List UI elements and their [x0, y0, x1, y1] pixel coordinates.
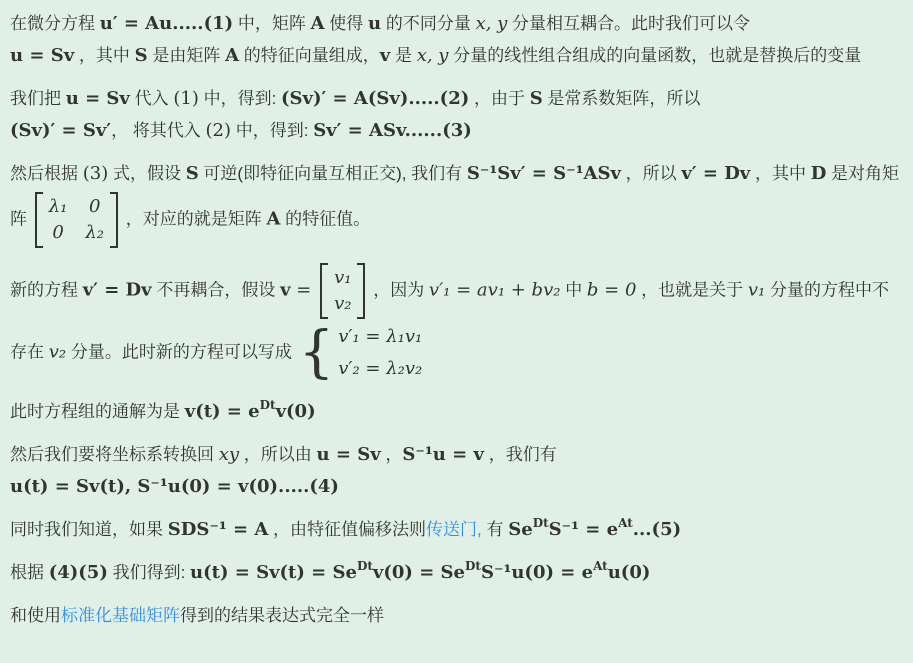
math-run: (3) [83, 163, 109, 184]
matrix-cell: v₂ [334, 292, 351, 316]
text-run: ，所以 [621, 164, 681, 183]
paragraph-3: 然后根据 (3) 式，假设 S 可逆(即特征向量互相正交), 我们有 S⁻¹Sv… [10, 158, 903, 250]
text-run: 我们把 [10, 89, 66, 108]
equation-line: v′₂ = λ₂v₂ [338, 356, 422, 382]
text-run: ，我们有 [484, 445, 557, 464]
text-run: 分量相互耦合。此时我们可以令 [507, 14, 750, 33]
math-run: v′ = Dv [681, 163, 750, 184]
text-run: 中，矩阵 [233, 14, 310, 33]
text-run: ， 将其代入 [111, 121, 205, 140]
matrix-cell: v₁ [334, 266, 351, 290]
math-run: (1) [173, 88, 199, 109]
paragraph-6: 然后我们要将坐标系转换回 xy ，所以由 u = Sv ，S⁻¹u = v ，我… [10, 439, 903, 503]
text-run: 然后我们要将坐标系转换回 [10, 445, 219, 464]
math-run: (2) [206, 120, 232, 141]
matrix-right-bracket-icon [357, 263, 365, 319]
math-run: v′ = Dv [83, 279, 152, 300]
matrix-right-bracket-icon [110, 192, 118, 248]
matrix-cell: 0 [49, 221, 68, 245]
text-run: 然后根据 [10, 164, 83, 183]
math-run: v(0) = SeDt [373, 562, 481, 583]
math-run: u = Sv [10, 45, 74, 66]
math-run: S [530, 88, 543, 109]
paragraph-5: 此时方程组的通解为是 v(t) = eDtv(0) [10, 396, 903, 428]
math-run: SeDt [508, 519, 548, 540]
text-run: ，对应的就是矩阵 [121, 209, 266, 228]
math-run: v₂ [49, 341, 66, 362]
matrix: λ₁00λ₂ [35, 192, 118, 248]
math-run: (4)(5) [49, 562, 108, 583]
math-run: v(0) [276, 401, 316, 422]
text-run: 的不同分量 [381, 14, 475, 33]
text-run: 有 [482, 520, 508, 539]
text-run: 是 [390, 46, 416, 65]
text-run: ，所以由 [239, 445, 316, 464]
equation-lines: v′₁ = λ₁v₁v′₂ = λ₂v₂ [338, 324, 422, 382]
text-run: ，因为 [368, 280, 428, 299]
math-run: S⁻¹ = eAt [549, 519, 633, 540]
matrix-left-bracket-icon [320, 263, 328, 319]
text-run: 分量。此时新的方程可以写成 [66, 342, 296, 361]
math-run: x, y [476, 13, 508, 34]
math-run: S [135, 45, 148, 66]
text-run: 分量的线性组合组成的向量函数，也就是替换后的变量 [448, 46, 861, 65]
math-run: b = 0 [587, 279, 637, 300]
text-run: 同时我们知道，如果 [10, 520, 168, 539]
math-run: u = Sv [317, 444, 381, 465]
superscript: Dt [260, 398, 276, 412]
matrix: v₁v₂ [320, 263, 365, 319]
math-run: u′ = Au.....(1) [100, 13, 233, 34]
math-run: S⁻¹u(0) = eAt [481, 562, 608, 583]
math-run: ...(5) [633, 519, 681, 540]
math-run: A [225, 45, 239, 66]
text-run: ，其中 [74, 46, 134, 65]
text-run: ，也就是关于 [636, 280, 747, 299]
math-run: v₁ [748, 279, 765, 300]
text-run: 式，假设 [108, 164, 185, 183]
paragraph-8: 根据 (4)(5) 我们得到: u(t) = Sv(t) = SeDtv(0) … [10, 557, 903, 589]
math-run: D [811, 163, 827, 184]
text-run: 根据 [10, 563, 49, 582]
math-run: (Sv)′ = Sv′ [10, 120, 111, 141]
text-run: 是常系数矩阵，所以 [543, 89, 701, 108]
math-run: u(0) [608, 562, 651, 583]
matrix-left-bracket-icon [35, 192, 43, 248]
math-run: v [380, 45, 390, 66]
inline-link[interactable]: 标准化基础矩阵 [61, 606, 180, 625]
inline-link[interactable]: 传送门, [426, 520, 482, 539]
superscript: Dt [465, 559, 481, 573]
superscript: At [593, 559, 608, 573]
text-run: 中，得到: [199, 89, 281, 108]
text-run: ， [381, 445, 403, 464]
matrix-cell: λ₂ [85, 221, 104, 245]
equation-system: {v′₁ = λ₁v₁v′₂ = λ₂v₂ [299, 323, 423, 383]
math-run: A [266, 208, 280, 229]
text-run: 的特征值。 [280, 209, 370, 228]
paragraph-1: 在微分方程 u′ = Au.....(1) 中，矩阵 A 使得 u 的不同分量 … [10, 8, 903, 72]
text-run: 此时方程组的通解为是 [10, 402, 185, 421]
text-run: ，由特征值偏移法则 [268, 520, 426, 539]
text-run: 使得 [325, 14, 368, 33]
math-run: u = Sv [66, 88, 130, 109]
text-run: 和使用 [10, 606, 61, 625]
text-run: 得到的结果表达式完全一样 [180, 606, 384, 625]
superscript: At [618, 516, 633, 530]
math-run: (Sv)′ = A(Sv).....(2) [281, 88, 469, 109]
article-body: 在微分方程 u′ = Au.....(1) 中，矩阵 A 使得 u 的不同分量 … [10, 8, 903, 632]
matrix-cell: 0 [85, 195, 104, 219]
text-run: 代入 [130, 89, 173, 108]
math-run: u(t) = Sv(t) = SeDt [190, 562, 373, 583]
text-run: 不再耦合，假设 [152, 280, 280, 299]
math-run: xy [219, 444, 239, 465]
matrix-body: v₁v₂ [328, 263, 357, 319]
paragraph-9: 和使用标准化基础矩阵得到的结果表达式完全一样 [10, 600, 903, 632]
paragraph-7: 同时我们知道，如果 SDS⁻¹ = A ，由特征值偏移法则传送门, 有 SeDt… [10, 514, 903, 546]
matrix-cell: λ₁ [49, 195, 68, 219]
math-run: = [291, 279, 318, 300]
superscript: Dt [533, 516, 549, 530]
brace-icon: { [299, 323, 335, 383]
text-run: 是由矩阵 [148, 46, 225, 65]
text-run: ，由于 [469, 89, 529, 108]
equation-line: v′₁ = λ₁v₁ [338, 324, 422, 350]
math-run: Sv′ = ASv......(3) [313, 120, 472, 141]
superscript: Dt [357, 559, 373, 573]
text-run: 新的方程 [10, 280, 83, 299]
math-run: A [311, 13, 325, 34]
math-run: S [186, 163, 199, 184]
text-run: 可逆(即特征向量互相正交), 我们有 [199, 164, 467, 183]
math-run: v′₁ = av₁ + bv₂ [429, 279, 561, 300]
paragraph-2: 我们把 u = Sv 代入 (1) 中，得到: (Sv)′ = A(Sv)...… [10, 83, 903, 147]
math-run: x, y [417, 45, 449, 66]
text-run: 中 [560, 280, 586, 299]
math-run: u(t) = Sv(t), S⁻¹u(0) = v(0).....(4) [10, 476, 339, 497]
matrix-body: λ₁00λ₂ [43, 192, 110, 248]
paragraph-4: 新的方程 v′ = Dv 不再耦合，假设 v = v₁v₂ ，因为 v′₁ = … [10, 261, 903, 385]
math-run: v(t) = eDt [185, 401, 276, 422]
math-run: S⁻¹u = v [402, 444, 484, 465]
math-run: v [280, 279, 290, 300]
math-run: u [368, 13, 381, 34]
text-run: 的特征向量组成， [239, 46, 380, 65]
math-run: S⁻¹Sv′ = S⁻¹ASv [467, 163, 621, 184]
text-run: 中，得到: [231, 121, 313, 140]
text-run: 在微分方程 [10, 14, 100, 33]
text-run: ，其中 [750, 164, 810, 183]
text-run: 我们得到: [108, 563, 190, 582]
math-run: SDS⁻¹ = A [168, 519, 269, 540]
